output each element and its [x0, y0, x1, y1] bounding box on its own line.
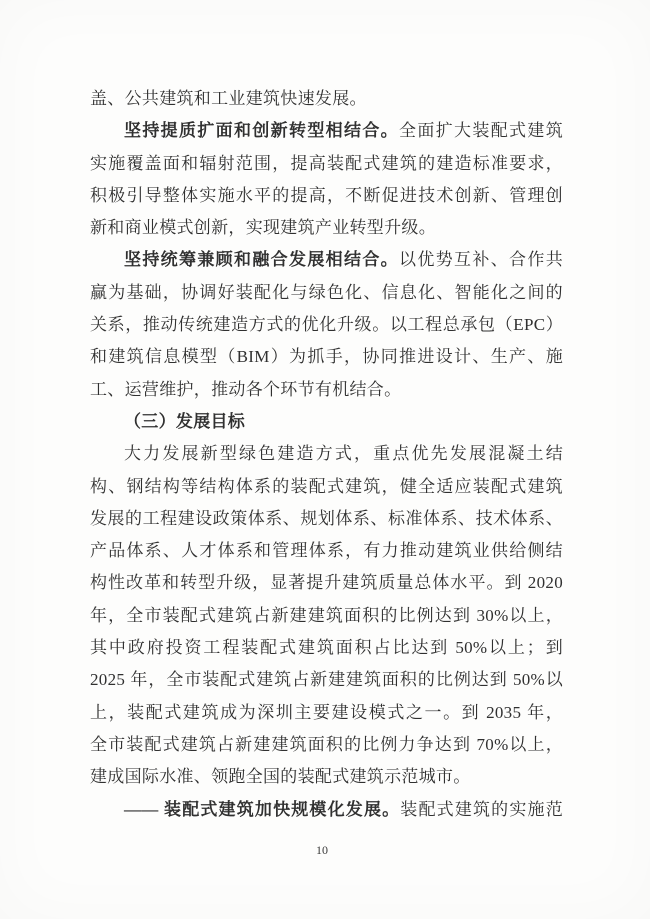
text-segment: 盖、公共建筑和工业建筑快速发展。 — [90, 89, 367, 108]
text-line: 坚持统筹兼顾和融合发展相结合。以优势互补、合作共 — [90, 244, 563, 276]
text-segment: 积极引导整体实施水平的提高，不断促进技术创新、管理创 — [90, 186, 563, 205]
text-line: 新和商业模式创新，实现建筑产业转型升级。 — [90, 212, 563, 244]
text-line: 全市装配式建筑占新建建筑面积的比例力争达到 70%以上， — [90, 729, 563, 761]
bold-text-segment: —— — [124, 800, 164, 819]
text-line: 关系，推动传统建造方式的优化升级。以工程总承包（EPC） — [90, 309, 563, 341]
text-line: 和建筑信息模型（BIM）为抓手，协同推进设计、生产、施 — [90, 341, 563, 373]
text-line: （三）发展目标 — [90, 406, 563, 438]
page-number: 10 — [0, 843, 644, 858]
text-segment: 装配式建筑的实施范 — [400, 800, 563, 819]
text-line: 工、运营维护，推动各个环节有机结合。 — [90, 374, 563, 406]
text-segment: 关系，推动传统建造方式的优化升级。以工程总承包（EPC） — [90, 315, 563, 334]
text-line: 积极引导整体实施水平的提高，不断促进技术创新、管理创 — [90, 180, 563, 212]
text-line: 构性改革和转型升级，显著提升建筑质量总体水平。到 2020 — [90, 567, 563, 599]
document-page: 盖、公共建筑和工业建筑快速发展。坚持提质扩面和创新转型相结合。全面扩大装配式建筑… — [0, 0, 650, 919]
text-line: 2025 年，全市装配式建筑占新建建筑面积的比例达到 50%以 — [90, 664, 563, 696]
text-segment: 全市装配式建筑占新建建筑面积的比例力争达到 70%以上， — [90, 735, 563, 754]
text-segment: 构、钢结构等结构体系的装配式建筑，健全适应装配式建筑 — [90, 477, 563, 496]
text-segment: 以优势互补、合作共 — [399, 250, 563, 269]
text-segment: 年，全市装配式建筑占新建建筑面积的比例达到 30%以上， — [90, 606, 563, 625]
body-text: 盖、公共建筑和工业建筑快速发展。坚持提质扩面和创新转型相结合。全面扩大装配式建筑… — [90, 83, 563, 826]
text-segment: 构性改革和转型升级，显著提升建筑质量总体水平。到 2020 — [90, 573, 563, 592]
text-line: 上，装配式建筑成为深圳主要建设模式之一。到 2035 年， — [90, 697, 563, 729]
bold-text-segment: 坚持提质扩面和创新转型相结合。 — [124, 121, 399, 140]
text-segment: 赢为基础，协调好装配化与绿色化、信息化、智能化之间的 — [90, 283, 563, 302]
text-segment: 全面扩大装配式建筑 — [399, 121, 563, 140]
text-line: 产品体系、人才体系和管理体系，有力推动建筑业供给侧结 — [90, 535, 563, 567]
text-line: 发展的工程建设政策体系、规划体系、标准体系、技术体系、 — [90, 503, 563, 535]
text-line: 构、钢结构等结构体系的装配式建筑，健全适应装配式建筑 — [90, 471, 563, 503]
text-line: 实施覆盖面和辐射范围，提高装配式建筑的建造标准要求， — [90, 148, 563, 180]
text-segment: 实施覆盖面和辐射范围，提高装配式建筑的建造标准要求， — [90, 154, 563, 173]
bold-text-segment: 坚持统筹兼顾和融合发展相结合。 — [124, 250, 399, 269]
text-segment: 产品体系、人才体系和管理体系，有力推动建筑业供给侧结 — [90, 541, 563, 560]
text-segment: 建成国际水准、领跑全国的装配式建筑示范城市。 — [90, 767, 471, 786]
text-segment: 发展的工程建设政策体系、规划体系、标准体系、技术体系、 — [90, 509, 563, 528]
text-line: —— 装配式建筑加快规模化发展。装配式建筑的实施范 — [90, 794, 563, 826]
text-segment: 2025 年，全市装配式建筑占新建建筑面积的比例达到 50%以 — [90, 670, 563, 689]
text-line: 建成国际水准、领跑全国的装配式建筑示范城市。 — [90, 761, 563, 793]
text-segment: 新和商业模式创新，实现建筑产业转型升级。 — [90, 218, 436, 237]
text-segment: 和建筑信息模型（BIM）为抓手，协同推进设计、生产、施 — [90, 347, 563, 366]
text-segment: 上，装配式建筑成为深圳主要建设模式之一。到 2035 年， — [90, 703, 563, 722]
text-segment: 大力发展新型绿色建造方式，重点优先发展混凝土结 — [124, 444, 563, 463]
text-line: 坚持提质扩面和创新转型相结合。全面扩大装配式建筑 — [90, 115, 563, 147]
text-line: 年，全市装配式建筑占新建建筑面积的比例达到 30%以上， — [90, 600, 563, 632]
text-line: 盖、公共建筑和工业建筑快速发展。 — [90, 83, 563, 115]
text-segment: 工、运营维护，推动各个环节有机结合。 — [90, 380, 401, 399]
bold-text-segment: （三）发展目标 — [124, 412, 245, 431]
text-line: 赢为基础，协调好装配化与绿色化、信息化、智能化之间的 — [90, 277, 563, 309]
bold-text-segment: 装配式建筑加快规模化发展。 — [164, 800, 400, 819]
text-line: 大力发展新型绿色建造方式，重点优先发展混凝土结 — [90, 438, 563, 470]
text-segment: 其中政府投资工程装配式建筑面积占比达到 50%以上；到 — [90, 638, 563, 657]
text-line: 其中政府投资工程装配式建筑面积占比达到 50%以上；到 — [90, 632, 563, 664]
